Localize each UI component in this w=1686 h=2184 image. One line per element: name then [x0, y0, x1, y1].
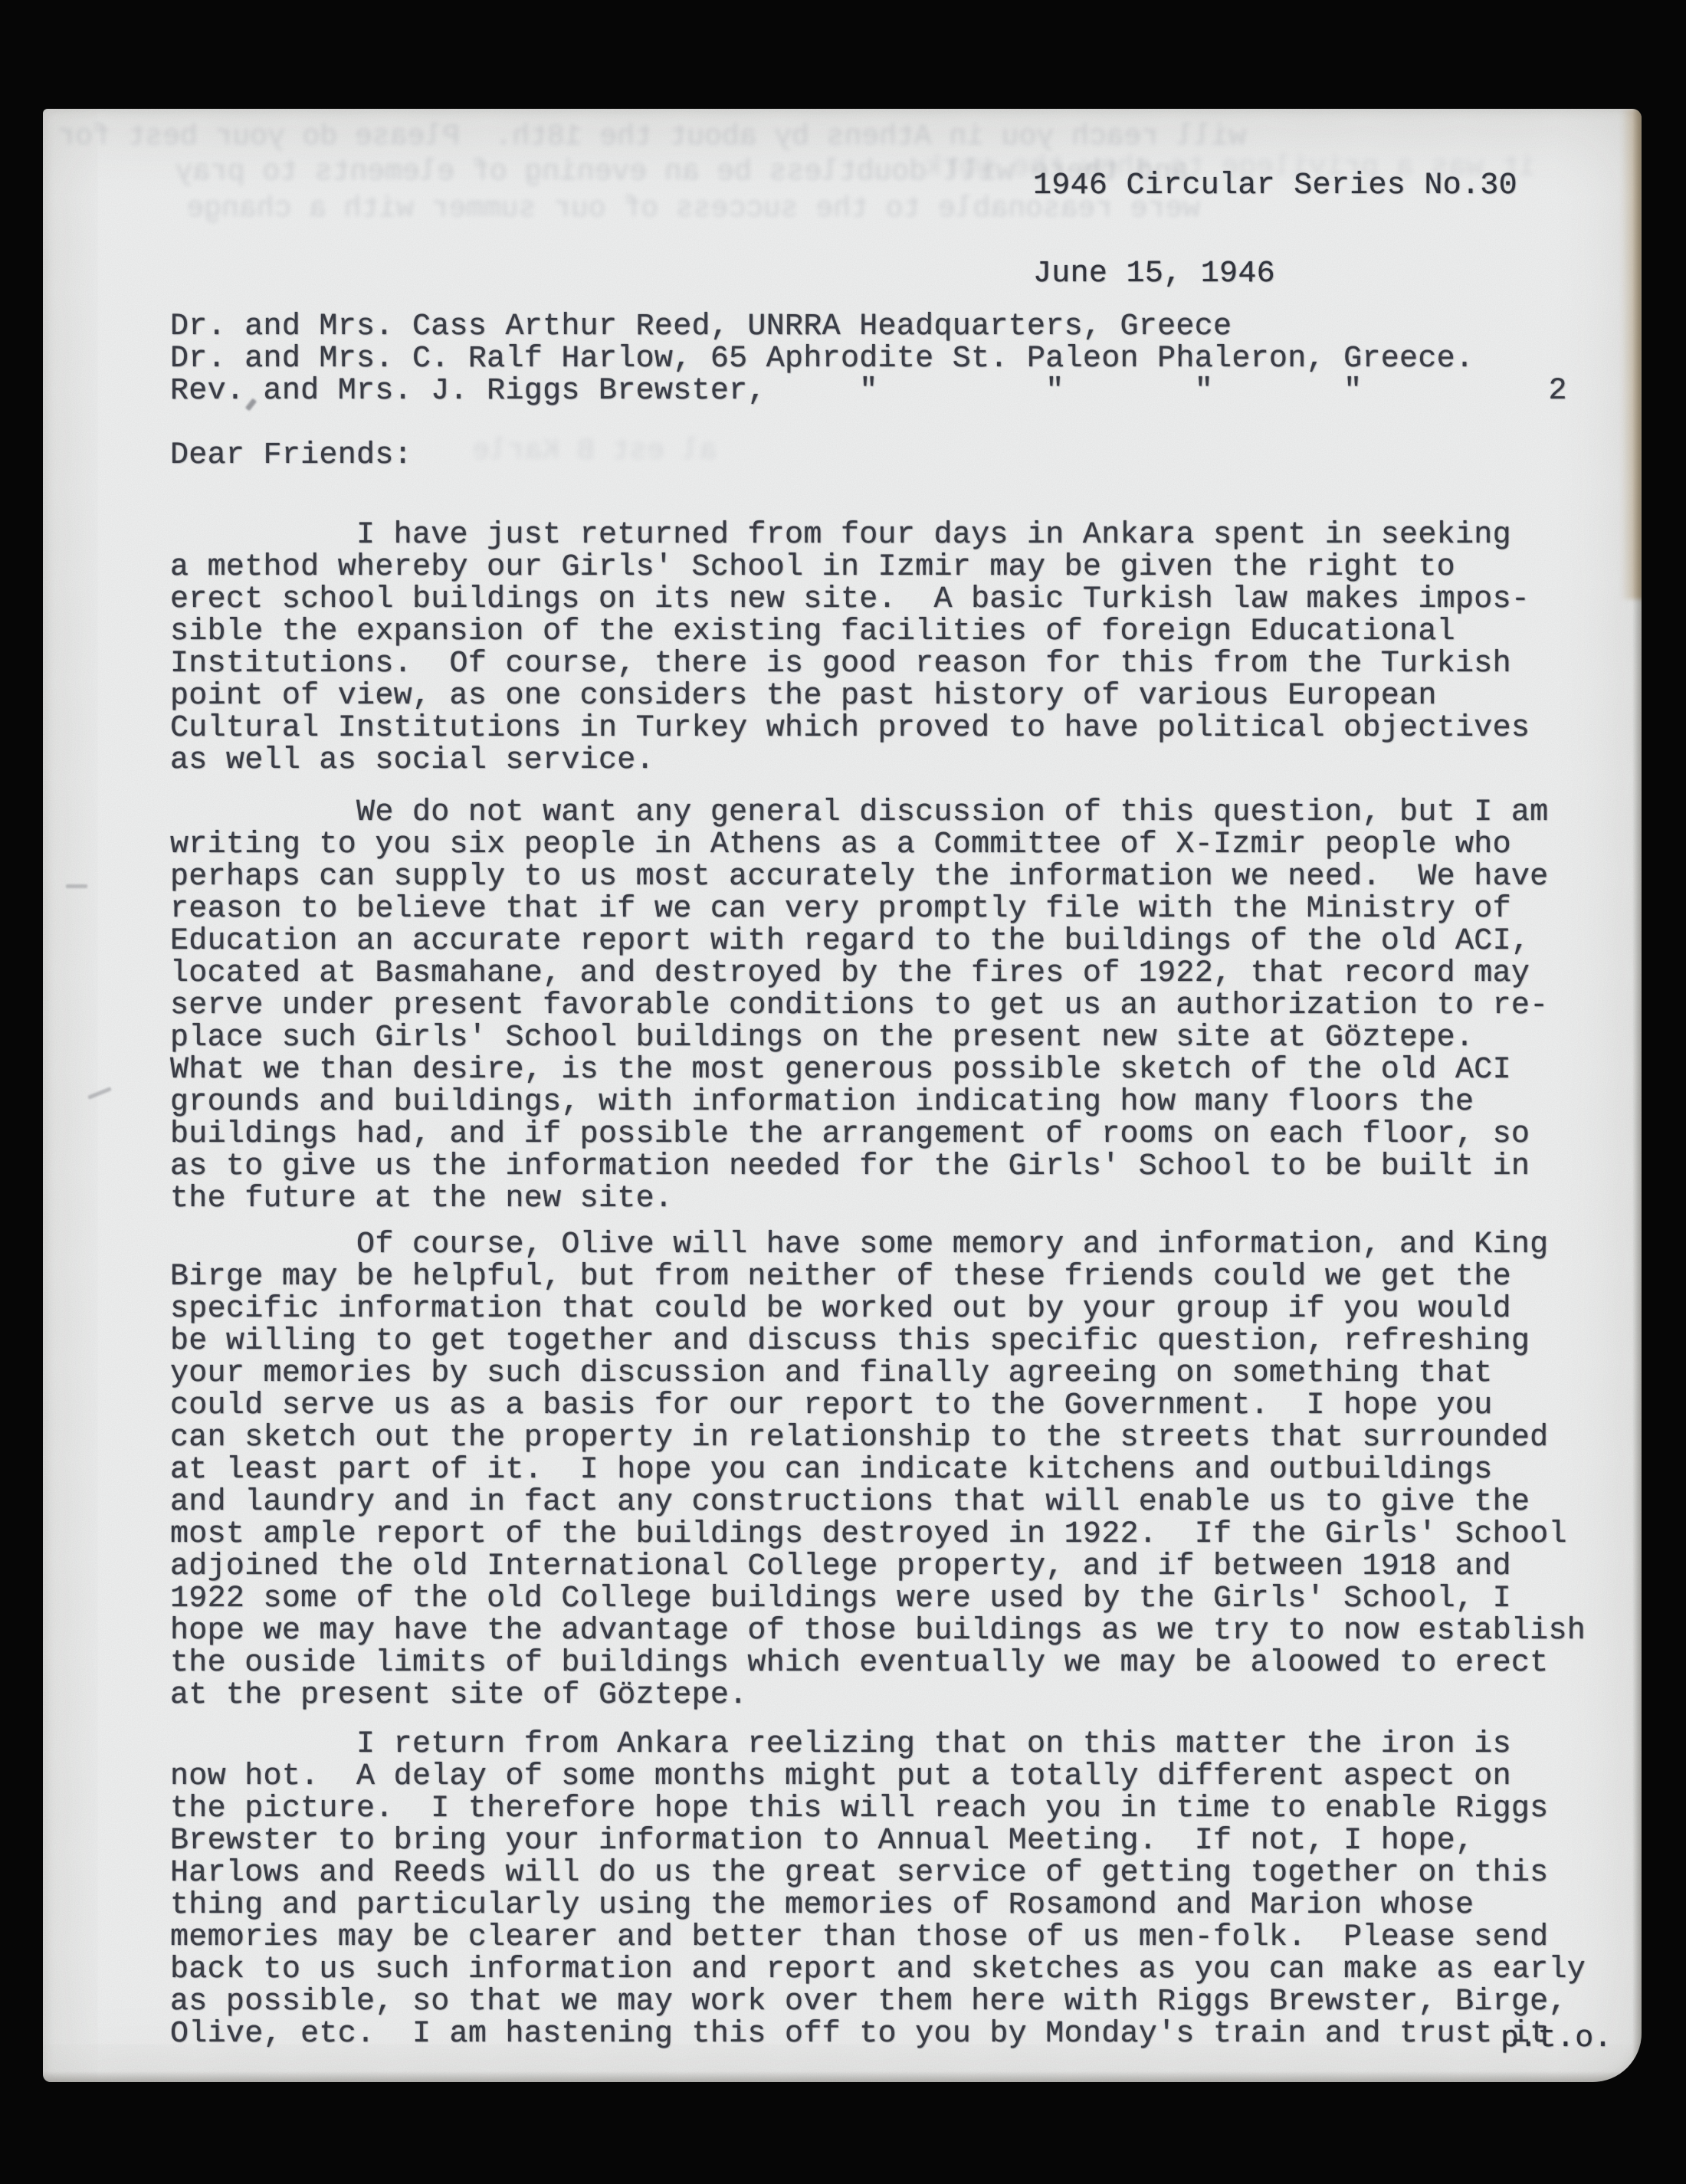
page-edge-shadow	[1632, 109, 1642, 2082]
pencil-tick	[87, 1087, 112, 1100]
paragraph-3: Of course, Olive will have some memory a…	[170, 1229, 1586, 1712]
recipient-address-block: Dr. and Mrs. Cass Arthur Reed, UNRRA Hea…	[170, 311, 1567, 408]
letter-page: will reach you in Athens by about the 18…	[43, 109, 1642, 2082]
paragraph-1: I have just returned from four days in A…	[170, 520, 1530, 777]
series-number-line: 1946 Circular Series No.30	[1033, 170, 1517, 202]
photo-background: will reach you in Athens by about the 18…	[0, 0, 1686, 2184]
pencil-dash	[66, 884, 87, 888]
date-line: June 15, 1946	[1033, 258, 1275, 290]
paragraph-4: I return from Ankara reelizing that on t…	[170, 1729, 1586, 2051]
salutation: Dear Friends:	[170, 440, 412, 472]
page-turn-note: p.t.o.	[1501, 2023, 1612, 2055]
paragraph-2: We do not want any general discussion of…	[170, 797, 1549, 1215]
bleedthrough-line: will reach you in Athens by about the 18…	[97, 121, 1246, 153]
page-bottom-shadow	[43, 2071, 1642, 2082]
bleedthrough-line: al est B Karle	[472, 435, 717, 467]
